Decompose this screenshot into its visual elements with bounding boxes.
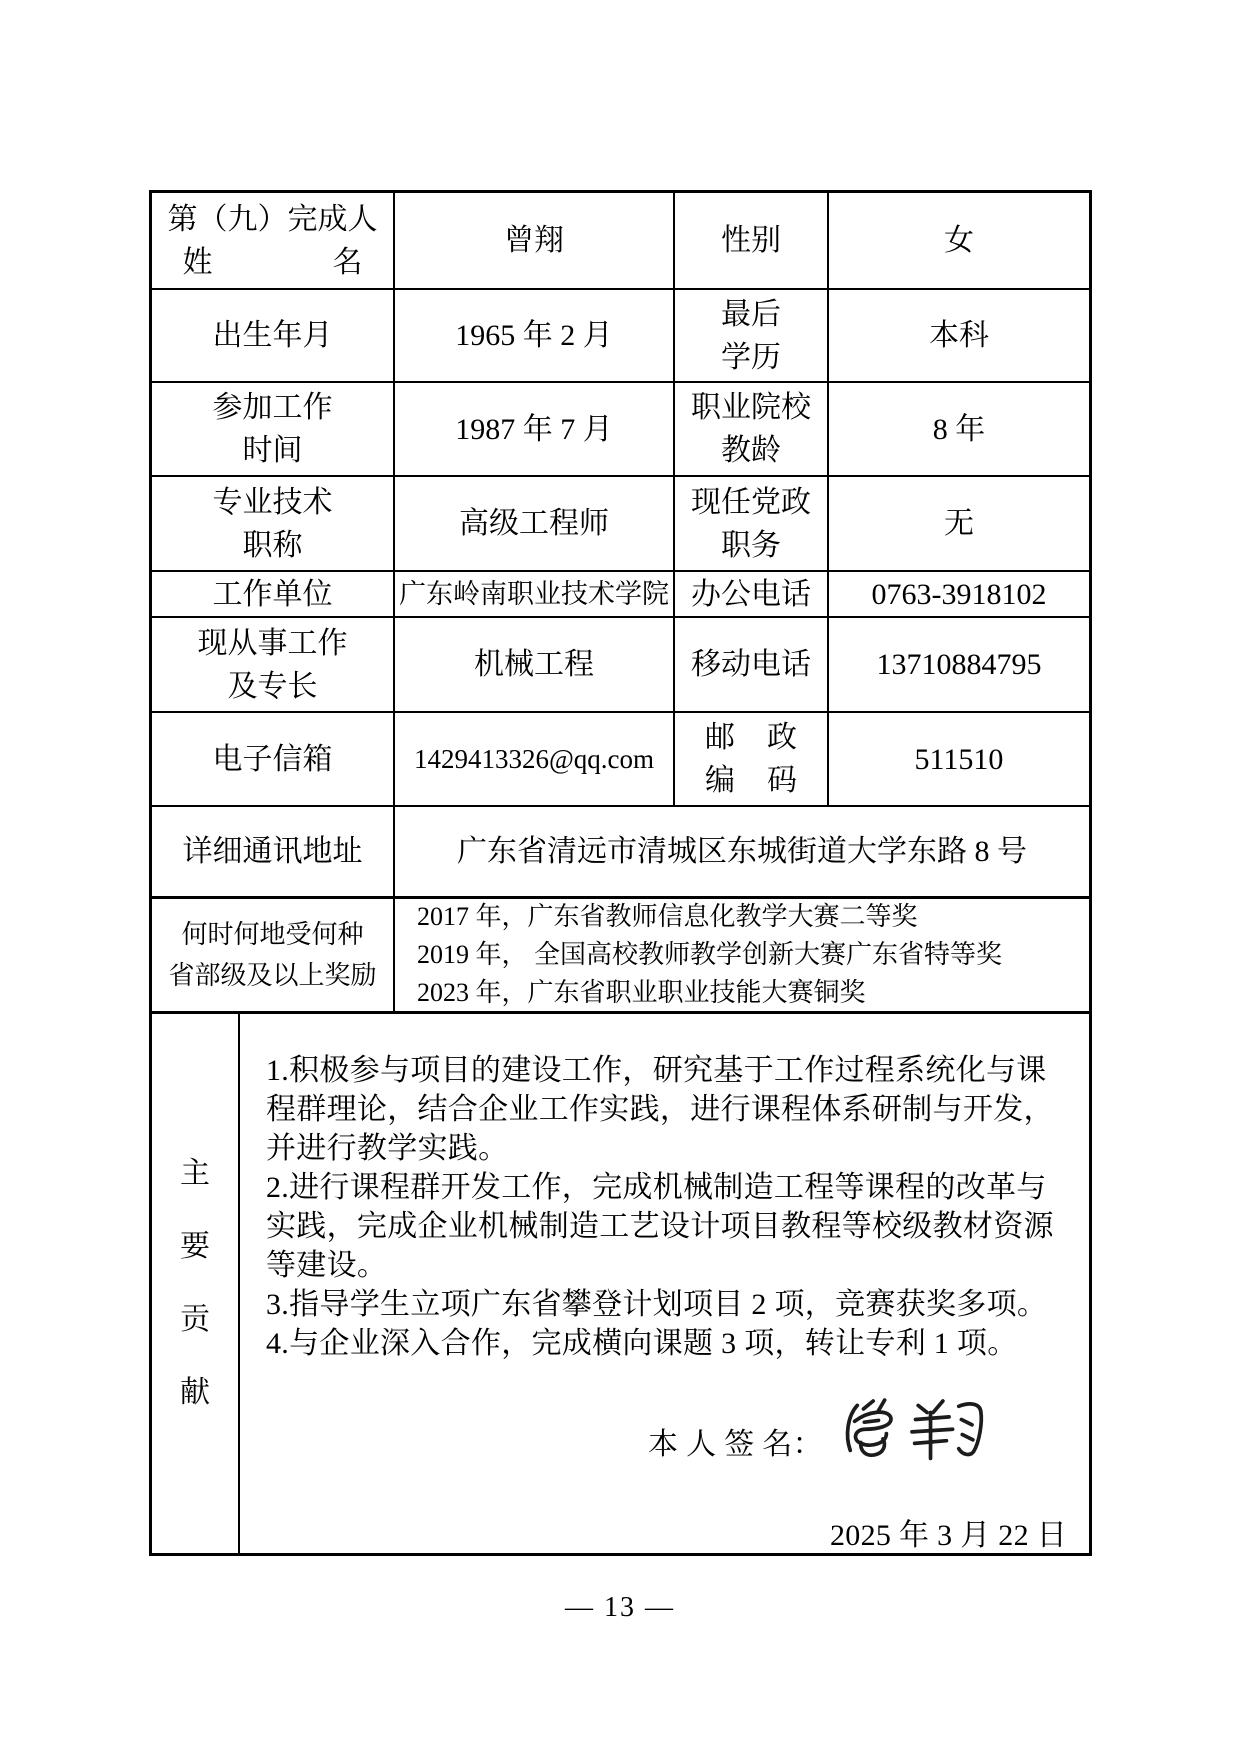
main-contribution-label: 主 要 贡 献 xyxy=(152,1014,238,1553)
table-row: 主 要 贡 献 1.积极参与项目的建设工作，研究基于工作过程系统化与课 程群理论… xyxy=(152,1011,1089,1553)
teaching-years-label: 职业院校 教龄 xyxy=(673,383,827,475)
office-phone-label: 办公电话 xyxy=(673,572,827,616)
email-label: 电子信箱 xyxy=(152,713,393,805)
work-unit-value: 广东岭南职业技术学院 xyxy=(393,572,673,616)
award-line: 2017 年，广东省教师信息化教学大赛二等奖 xyxy=(417,898,918,936)
contribution-line: 程群理论，结合企业工作实践，进行课程体系研制与开发， xyxy=(266,1090,1071,1129)
teaching-years-value: 8 年 xyxy=(827,383,1089,475)
party-post-value: 无 xyxy=(827,477,1089,570)
last-education-label: 最后 学历 xyxy=(673,290,827,381)
main-contribution-content: 1.积极参与项目的建设工作，研究基于工作过程系统化与课 程群理论，结合企业工作实… xyxy=(238,1014,1089,1553)
signature-row: 本 人 签 名： xyxy=(648,1396,1071,1468)
address-value: 广东省清远市清城区东城街道大学东路 8 号 xyxy=(393,807,1089,896)
table-row: 现从事工作 及专长 机械工程 移动电话 13710884795 xyxy=(152,616,1089,711)
signature-date: 2025 年 3 月 22 日 xyxy=(266,1520,1071,1552)
address-label: 详细通讯地址 xyxy=(152,807,393,896)
last-education-value: 本科 xyxy=(827,290,1089,381)
professional-title-label: 专业技术 职称 xyxy=(152,477,393,570)
work-start-label: 参加工作 时间 xyxy=(152,383,393,475)
document-page: 第（九）完成人 姓 名 曾翔 性别 女 出生年月 1965 年 2 月 xyxy=(0,0,1240,1753)
awards-value: 2017 年，广东省教师信息化教学大赛二等奖 2019 年， 全国高校教师教学创… xyxy=(393,899,1089,1011)
contribution-line: 等建设。 xyxy=(266,1246,1071,1285)
contribution-line: 2.进行课程群开发工作，完成机械制造工程等课程的改革与 xyxy=(266,1168,1071,1207)
table-row: 详细通讯地址 广东省清远市清城区东城街道大学东路 8 号 xyxy=(152,805,1089,896)
contribution-line: 并进行教学实践。 xyxy=(266,1129,1071,1168)
mobile-phone-label: 移动电话 xyxy=(673,618,827,711)
table-row: 工作单位 广东岭南职业技术学院 办公电话 0763-3918102 xyxy=(152,570,1089,616)
work-start-value: 1987 年 7 月 xyxy=(393,383,673,475)
professional-title-value: 高级工程师 xyxy=(393,477,673,570)
completer-name-label: 第（九）完成人 姓 名 xyxy=(152,193,393,288)
postal-code-value: 511510 xyxy=(827,713,1089,805)
party-post-label: 现任党政 职务 xyxy=(673,477,827,570)
contribution-line: 4.与企业深入合作，完成横向课题 3 项，转让专利 1 项。 xyxy=(266,1324,1071,1363)
gender-label: 性别 xyxy=(673,193,827,288)
award-line: 2019 年， 全国高校教师教学创新大赛广东省特等奖 xyxy=(417,936,1002,974)
handwritten-signature xyxy=(837,1394,987,1468)
mobile-phone-value: 13710884795 xyxy=(827,618,1089,711)
table-row: 电子信箱 1429413326@qq.com 邮 政 编 码 511510 xyxy=(152,711,1089,805)
office-phone-value: 0763-3918102 xyxy=(827,572,1089,616)
contribution-line: 实践，完成企业机械制造工艺设计项目教程等校级教材资源 xyxy=(266,1207,1071,1246)
email-value: 1429413326@qq.com xyxy=(393,713,673,805)
table-row: 参加工作 时间 1987 年 7 月 职业院校 教龄 8 年 xyxy=(152,381,1089,475)
postal-code-label: 邮 政 编 码 xyxy=(673,713,827,805)
table-row: 第（九）完成人 姓 名 曾翔 性别 女 xyxy=(152,193,1089,288)
award-line: 2023 年，广东省职业职业技能大赛铜奖 xyxy=(417,974,866,1012)
work-unit-label: 工作单位 xyxy=(152,572,393,616)
page-number: — 13 — xyxy=(0,1592,1240,1624)
signature-label: 本 人 签 名： xyxy=(648,1428,823,1468)
table-row: 出生年月 1965 年 2 月 最后 学历 本科 xyxy=(152,288,1089,381)
gender-value: 女 xyxy=(827,193,1089,288)
current-work-value: 机械工程 xyxy=(393,618,673,711)
awards-label: 何时何地受何种 省部级及以上奖励 xyxy=(152,899,393,1011)
contribution-line: 1.积极参与项目的建设工作，研究基于工作过程系统化与课 xyxy=(266,1051,1071,1090)
table-row: 专业技术 职称 高级工程师 现任党政 职务 无 xyxy=(152,475,1089,570)
contribution-line: 3.指导学生立项广东省攀登计划项目 2 项，竞赛获奖多项。 xyxy=(266,1285,1071,1324)
current-work-label: 现从事工作 及专长 xyxy=(152,618,393,711)
table-row: 何时何地受何种 省部级及以上奖励 2017 年，广东省教师信息化教学大赛二等奖 … xyxy=(152,896,1089,1011)
birth-date-label: 出生年月 xyxy=(152,290,393,381)
completer-name-value: 曾翔 xyxy=(393,193,673,288)
birth-date-value: 1965 年 2 月 xyxy=(393,290,673,381)
personnel-info-table: 第（九）完成人 姓 名 曾翔 性别 女 出生年月 1965 年 2 月 xyxy=(149,190,1092,1556)
